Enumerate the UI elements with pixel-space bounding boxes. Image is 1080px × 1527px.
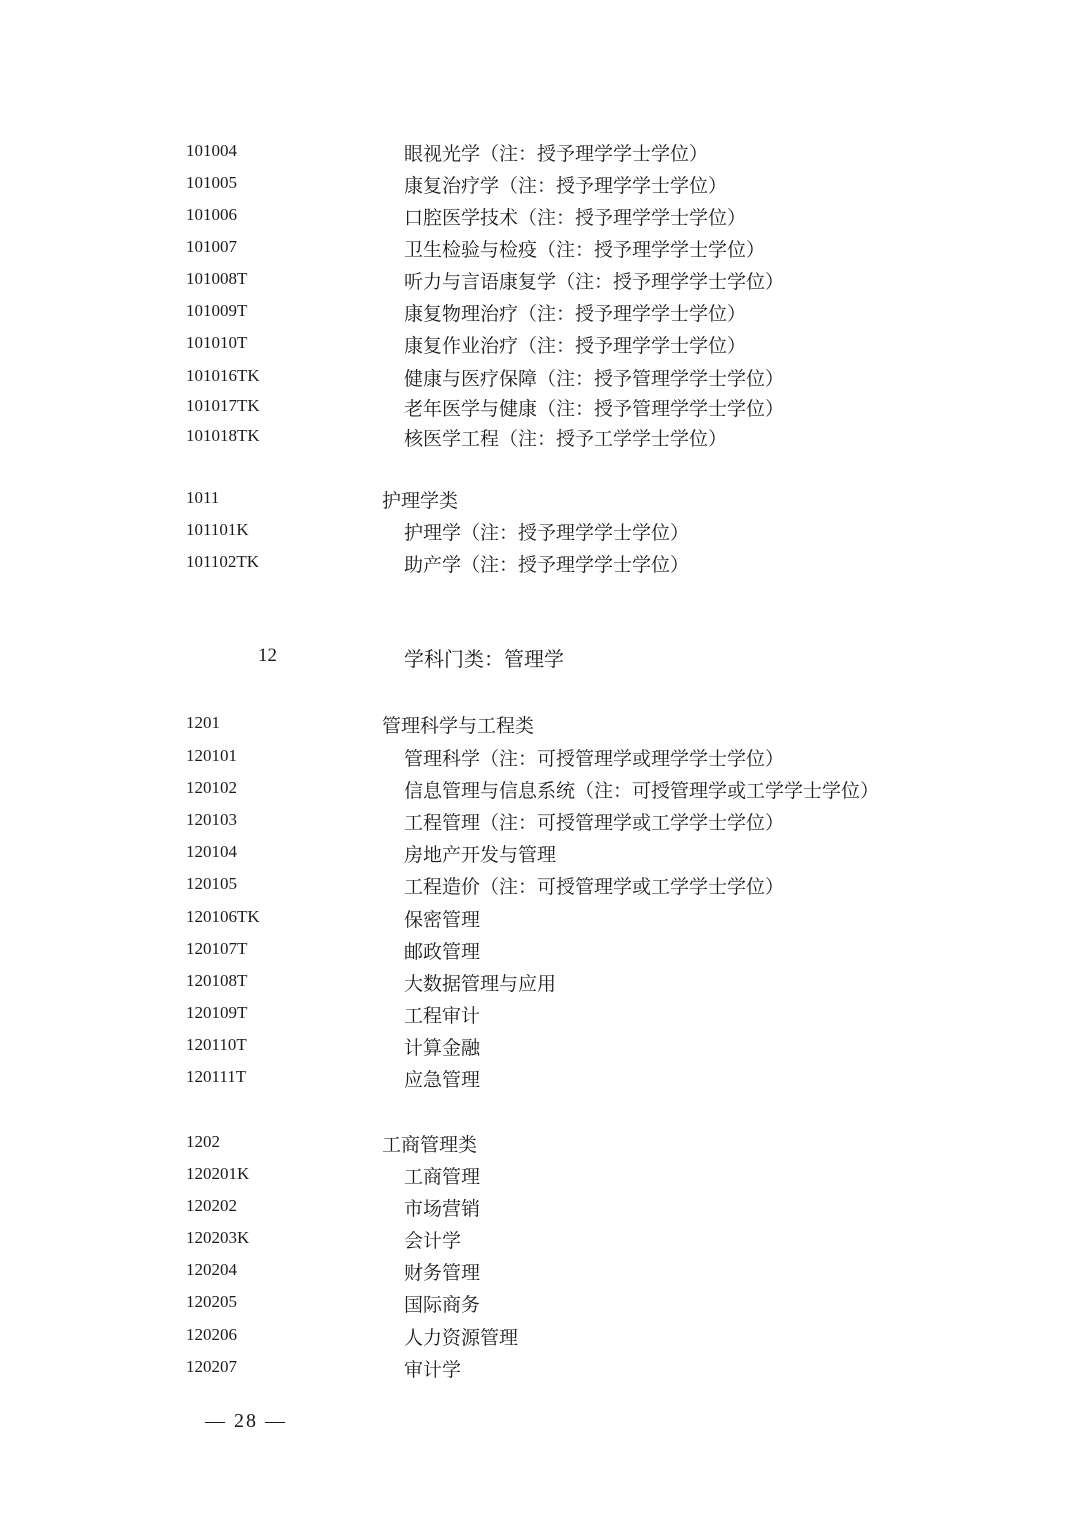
category-code: 1201	[186, 712, 220, 734]
major-code: 120205	[186, 1291, 237, 1313]
major-row: 101009T 康复物理治疗（注：授予理学学士学位）	[0, 300, 1080, 330]
major-code: 101016TK	[186, 365, 260, 387]
major-code: 120109T	[186, 1002, 247, 1024]
major-row: 120108T 大数据管理与应用	[0, 970, 1080, 1000]
major-code: 120104	[186, 841, 237, 863]
major-name: 保密管理	[404, 908, 480, 932]
major-code: 120207	[186, 1356, 237, 1378]
major-code: 120110T	[186, 1034, 247, 1056]
major-name: 工商管理	[404, 1165, 480, 1189]
major-row: 120203K 会计学	[0, 1227, 1080, 1257]
major-name: 口腔医学技术（注：授予理学学士学位）	[404, 206, 746, 230]
major-row: 101010T 康复作业治疗（注：授予理学学士学位）	[0, 332, 1080, 362]
major-row: 120106TK 保密管理	[0, 906, 1080, 936]
major-name: 市场营销	[404, 1197, 480, 1221]
category-code: 1202	[186, 1131, 220, 1153]
major-name: 眼视光学（注：授予理学学士学位）	[404, 142, 708, 166]
major-row: 101017TK 老年医学与健康（注：授予管理学学士学位）	[0, 395, 1080, 425]
major-code: 120107T	[186, 938, 247, 960]
major-code: 120202	[186, 1195, 237, 1217]
major-row: 120111T 应急管理	[0, 1066, 1080, 1096]
major-name: 管理科学（注：可授管理学或理学学士学位）	[404, 747, 784, 771]
major-code: 120105	[186, 873, 237, 895]
major-row: 101006 口腔医学技术（注：授予理学学士学位）	[0, 204, 1080, 234]
major-name: 房地产开发与管理	[404, 843, 556, 867]
major-row: 101018TK 核医学工程（注：授予工学学士学位）	[0, 425, 1080, 455]
major-row: 101101K 护理学（注：授予理学学士学位）	[0, 519, 1080, 549]
major-row: 120107T 邮政管理	[0, 938, 1080, 968]
major-code: 120102	[186, 777, 237, 799]
category-name: 护理学类	[382, 489, 458, 513]
major-name: 康复物理治疗（注：授予理学学士学位）	[404, 302, 746, 326]
major-name: 助产学（注：授予理学学士学位）	[404, 553, 689, 577]
major-row: 120109T 工程审计	[0, 1002, 1080, 1032]
major-code: 101009T	[186, 300, 247, 322]
major-code: 101007	[186, 236, 237, 258]
major-row: 101008T 听力与言语康复学（注：授予理学学士学位）	[0, 268, 1080, 298]
major-name: 会计学	[404, 1229, 461, 1253]
discipline-code: 12	[258, 645, 277, 667]
major-row: 120104 房地产开发与管理	[0, 841, 1080, 871]
major-name: 护理学（注：授予理学学士学位）	[404, 521, 689, 545]
category-row: 1202 工商管理类	[0, 1131, 1080, 1161]
major-name: 工程造价（注：可授管理学或工学学士学位）	[404, 875, 784, 899]
major-name: 计算金融	[404, 1036, 480, 1060]
major-code: 120204	[186, 1259, 237, 1281]
major-name: 人力资源管理	[404, 1326, 518, 1350]
major-name: 核医学工程（注：授予工学学士学位）	[404, 427, 727, 451]
major-code: 120201K	[186, 1163, 249, 1185]
major-code: 120203K	[186, 1227, 249, 1249]
major-name: 健康与医疗保障（注：授予管理学学士学位）	[404, 367, 784, 391]
major-row: 101004 眼视光学（注：授予理学学士学位）	[0, 140, 1080, 170]
major-name: 审计学	[404, 1358, 461, 1382]
major-name: 国际商务	[404, 1293, 480, 1317]
major-name: 康复作业治疗（注：授予理学学士学位）	[404, 334, 746, 358]
major-name: 工程管理（注：可授管理学或工学学士学位）	[404, 811, 784, 835]
major-code: 101018TK	[186, 425, 260, 447]
major-name: 听力与言语康复学（注：授予理学学士学位）	[404, 270, 784, 294]
major-row: 120206 人力资源管理	[0, 1324, 1080, 1354]
major-code: 101102TK	[186, 551, 259, 573]
discipline-section-row: 12 学科门类：管理学	[0, 645, 1080, 675]
major-code: 101010T	[186, 332, 247, 354]
major-code: 120108T	[186, 970, 247, 992]
major-name: 邮政管理	[404, 940, 480, 964]
major-name: 信息管理与信息系统（注：可授管理学或工学学士学位）	[404, 779, 879, 803]
major-row: 120103 工程管理（注：可授管理学或工学学士学位）	[0, 809, 1080, 839]
major-name: 工程审计	[404, 1004, 480, 1028]
major-row: 120102 信息管理与信息系统（注：可授管理学或工学学士学位）	[0, 777, 1080, 807]
major-row: 120201K 工商管理	[0, 1163, 1080, 1193]
major-row: 101016TK 健康与医疗保障（注：授予管理学学士学位）	[0, 365, 1080, 395]
major-row: 120105 工程造价（注：可授管理学或工学学士学位）	[0, 873, 1080, 903]
major-row: 101102TK 助产学（注：授予理学学士学位）	[0, 551, 1080, 581]
major-code: 120103	[186, 809, 237, 831]
major-name: 财务管理	[404, 1261, 480, 1285]
major-code: 101101K	[186, 519, 249, 541]
major-code: 120106TK	[186, 906, 260, 928]
major-code: 120206	[186, 1324, 237, 1346]
major-code: 101006	[186, 204, 237, 226]
major-row: 120101 管理科学（注：可授管理学或理学学士学位）	[0, 745, 1080, 775]
major-name: 康复治疗学（注：授予理学学士学位）	[404, 174, 727, 198]
major-row: 101007 卫生检验与检疫（注：授予理学学士学位）	[0, 236, 1080, 266]
major-code: 120101	[186, 745, 237, 767]
major-row: 120202 市场营销	[0, 1195, 1080, 1225]
major-row: 120205 国际商务	[0, 1291, 1080, 1321]
category-row: 1011 护理学类	[0, 487, 1080, 517]
major-name: 应急管理	[404, 1068, 480, 1092]
category-row: 1201 管理科学与工程类	[0, 712, 1080, 742]
major-code: 101008T	[186, 268, 247, 290]
major-code: 101005	[186, 172, 237, 194]
category-name: 管理科学与工程类	[382, 714, 534, 738]
category-name: 工商管理类	[382, 1133, 477, 1157]
major-code: 120111T	[186, 1066, 246, 1088]
major-name: 大数据管理与应用	[404, 972, 556, 996]
major-code: 101017TK	[186, 395, 260, 417]
major-name: 老年医学与健康（注：授予管理学学士学位）	[404, 397, 784, 421]
major-row: 101005 康复治疗学（注：授予理学学士学位）	[0, 172, 1080, 202]
major-row: 120207 审计学	[0, 1356, 1080, 1386]
discipline-name: 学科门类：管理学	[404, 647, 564, 671]
category-code: 1011	[186, 487, 219, 509]
page-number: — 28 —	[205, 1410, 287, 1433]
major-name: 卫生检验与检疫（注：授予理学学士学位）	[404, 238, 765, 262]
major-row: 120204 财务管理	[0, 1259, 1080, 1289]
major-row: 120110T 计算金融	[0, 1034, 1080, 1064]
major-code: 101004	[186, 140, 237, 162]
